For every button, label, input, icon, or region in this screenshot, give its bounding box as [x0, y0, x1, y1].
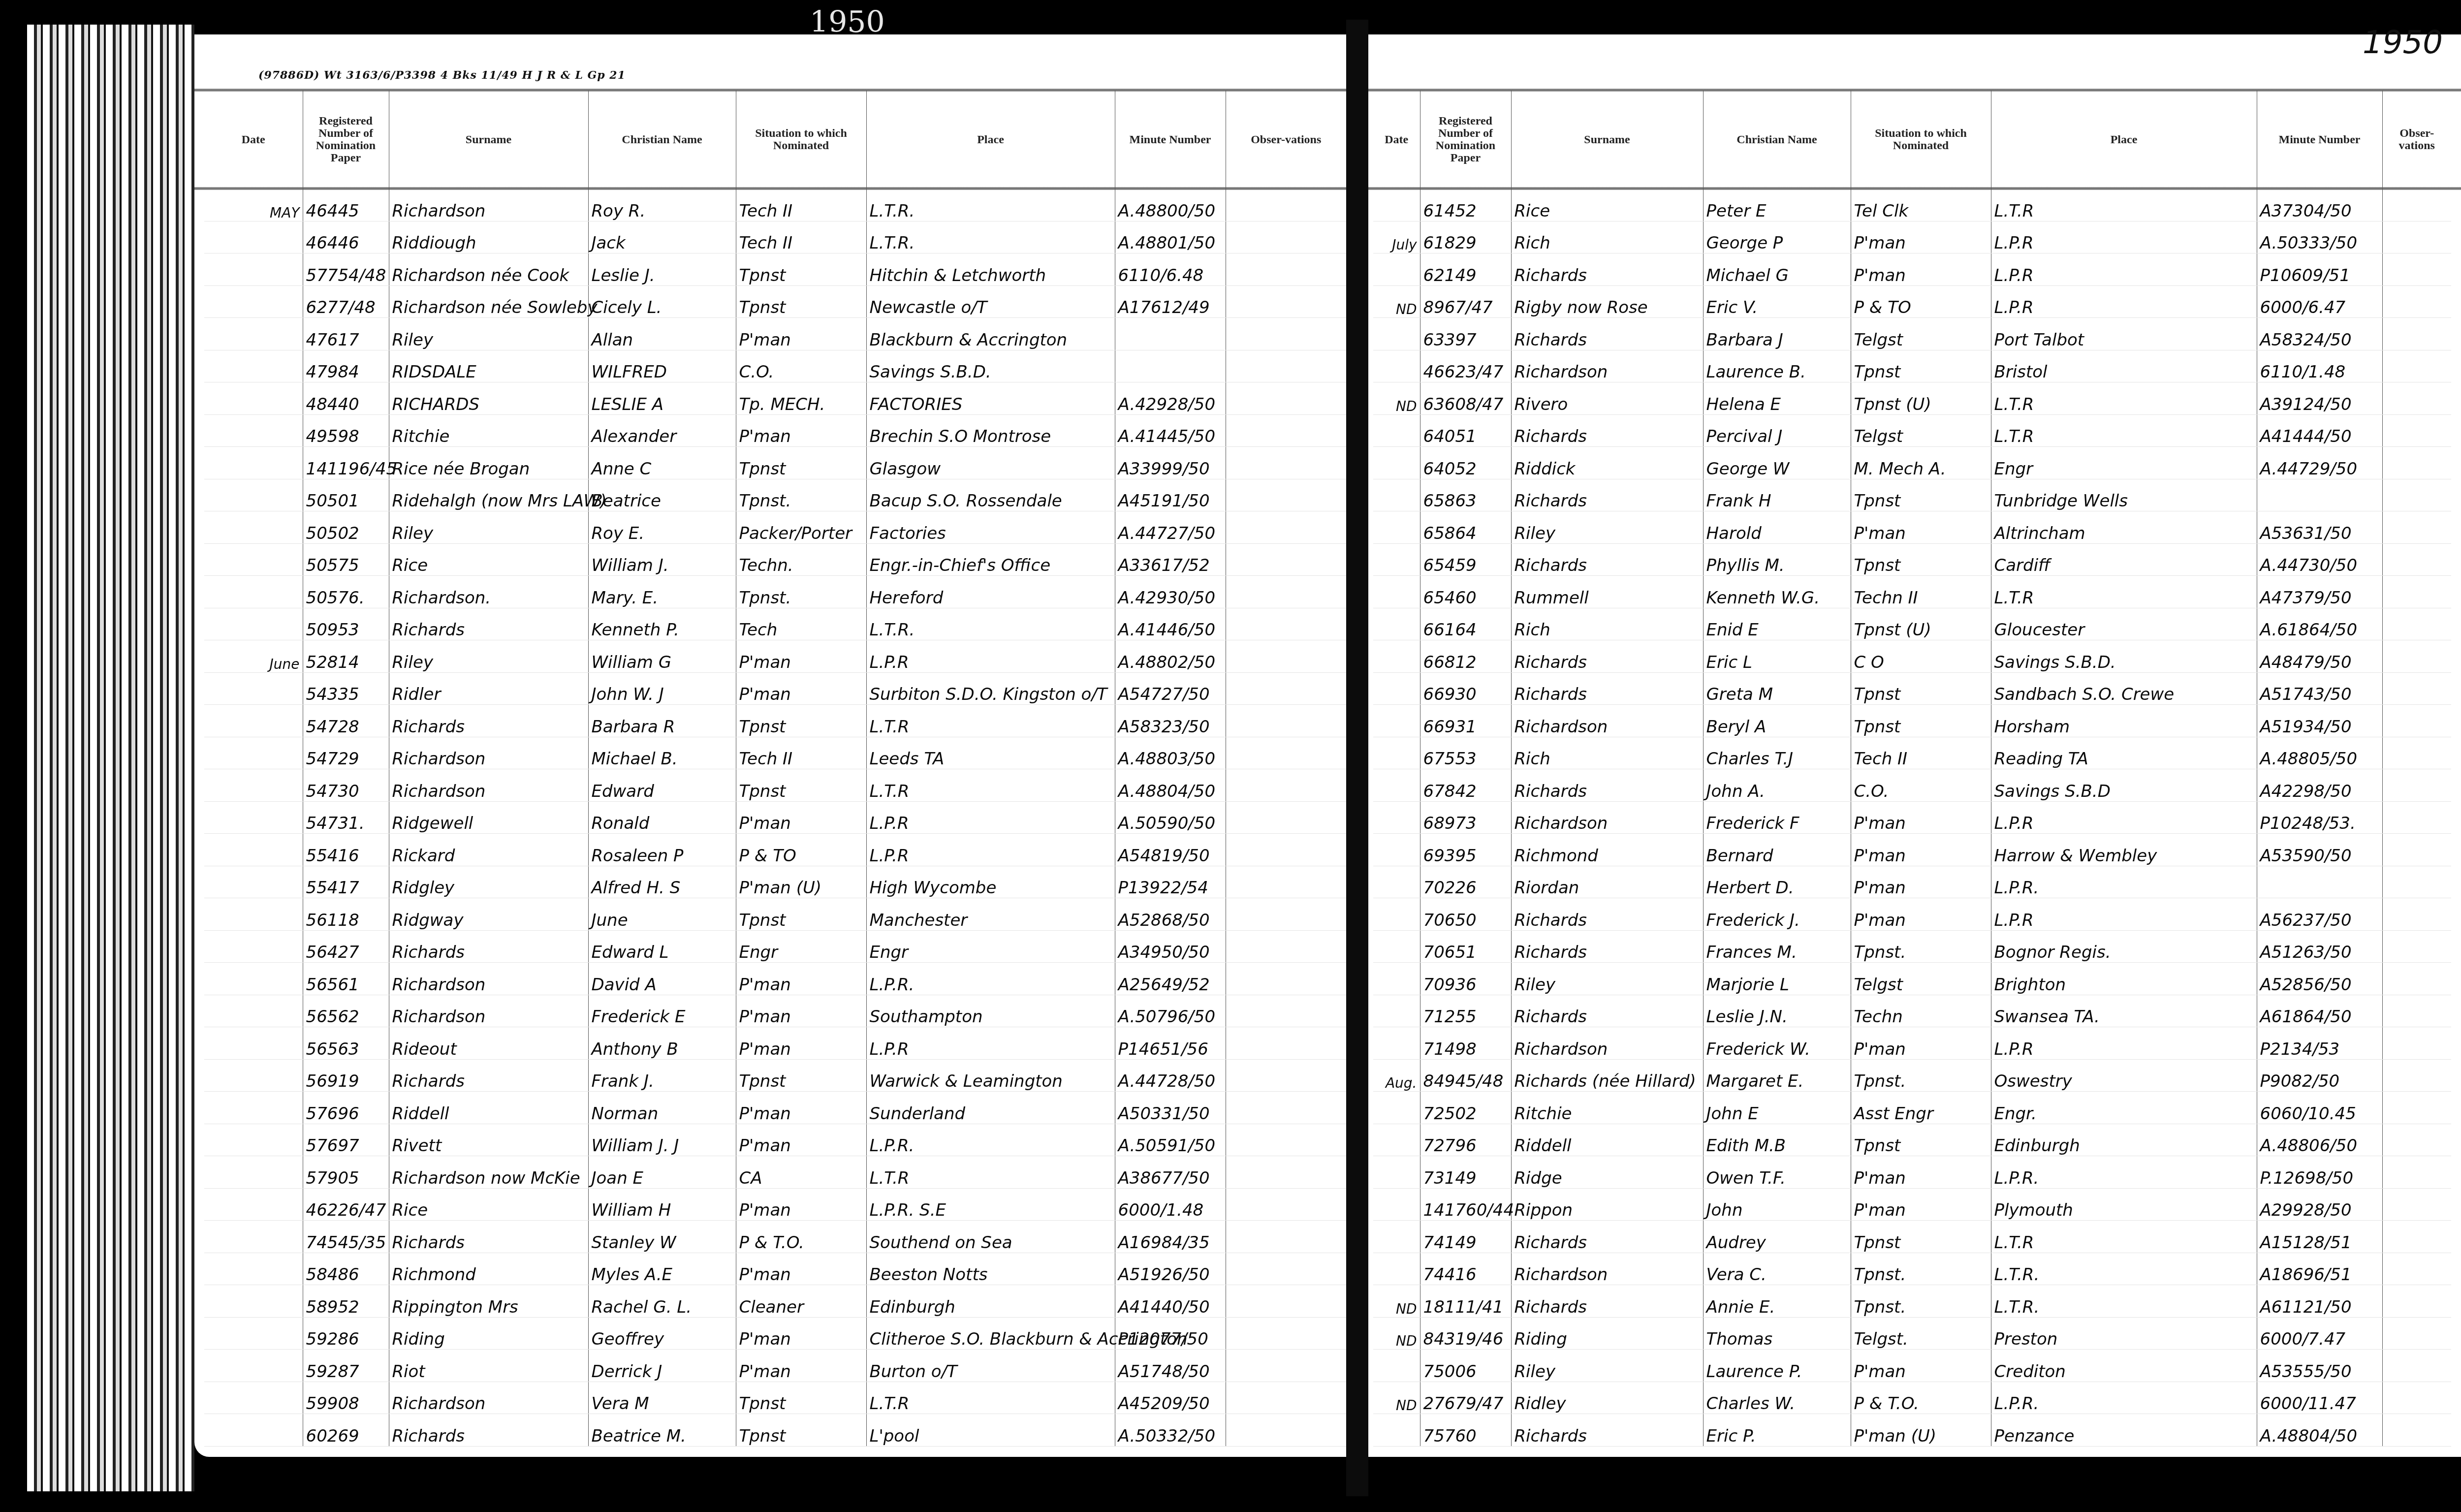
reg-number-cell: 65460	[1420, 576, 1511, 608]
reg-number-cell: 65863	[1420, 479, 1511, 511]
christian-name-cell: Joan E	[588, 1156, 736, 1189]
place-cell: Savings S.B.D.	[866, 350, 1115, 382]
date-cell	[1373, 995, 1420, 1027]
surname-cell: Richardson.	[389, 576, 588, 608]
place-cell: L.P.R. S.E	[866, 1188, 1115, 1221]
table-row: 59908RichardsonVera MTpnstL.T.RA45209/50	[204, 1382, 1346, 1414]
minute-number-cell: A48479/50	[2257, 640, 2382, 673]
surname-cell: Rummell	[1511, 576, 1703, 608]
place-cell: L.T.R.	[866, 608, 1115, 640]
date-cell	[1373, 608, 1420, 640]
observations-cell	[2382, 318, 2451, 350]
observations-cell	[2382, 1156, 2451, 1189]
minute-number-cell: A33999/50	[1115, 447, 1226, 479]
date-cell	[204, 1317, 303, 1350]
table-row: 72796RiddellEdith M.BTpnstEdinburghA.488…	[1373, 1124, 2451, 1156]
situation-cell: Tpnst (U)	[1851, 608, 1991, 640]
minute-number-cell: A53590/50	[2257, 834, 2382, 866]
christian-name-cell: Frederick W.	[1703, 1027, 1851, 1060]
christian-name-cell: Frank J.	[588, 1059, 736, 1092]
reg-number-cell: 66930	[1420, 672, 1511, 705]
surname-cell: Riley	[389, 318, 588, 350]
minute-number-cell: A25649/52	[1115, 963, 1226, 995]
situation-cell: Cleaner	[736, 1285, 866, 1318]
date-cell	[204, 1221, 303, 1253]
place-cell: Bristol	[1991, 350, 2257, 382]
table-row: 55417RidgleyAlfred H. SP'man (U)High Wyc…	[204, 866, 1346, 898]
date-cell	[204, 1059, 303, 1092]
date-cell	[204, 1253, 303, 1285]
christian-name-cell: Margaret E.	[1703, 1059, 1851, 1092]
situation-cell: Tech II	[736, 737, 866, 769]
reg-number-cell: 46445	[303, 189, 389, 221]
place-cell: Edinburgh	[866, 1285, 1115, 1318]
observations-cell	[1226, 1317, 1346, 1350]
minute-number-cell: A.48805/50	[2257, 737, 2382, 769]
table-row: 70651RichardsFrances M.Tpnst.Bognor Regi…	[1373, 930, 2451, 963]
place-cell: Engr.	[1991, 1092, 2257, 1124]
surname-cell: Richardson	[389, 189, 588, 221]
minute-number-cell: A.50591/50	[1115, 1124, 1226, 1156]
place-cell: L.P.R.	[1991, 866, 2257, 898]
table-row: 70226RiordanHerbert D.P'manL.P.R.	[1373, 866, 2451, 898]
situation-cell: Tpnst	[1851, 672, 1991, 705]
observations-cell	[2382, 1027, 2451, 1060]
surname-cell: Richardson	[389, 1382, 588, 1414]
surname-cell: Richardson	[389, 995, 588, 1027]
date-cell	[204, 479, 303, 511]
place-cell: Preston	[1991, 1317, 2257, 1350]
place-cell: L.T.R	[1991, 189, 2257, 221]
surname-cell: Richards	[389, 1059, 588, 1092]
christian-name-cell: John W. J	[588, 672, 736, 705]
reg-number-cell: 59286	[303, 1317, 389, 1350]
place-cell: L.P.R	[866, 801, 1115, 834]
christian-name-cell: Myles A.E	[588, 1253, 736, 1285]
minute-number-cell: A58323/50	[1115, 705, 1226, 737]
table-row: 55416RickardRosaleen PP & TOL.P.RA54819/…	[204, 834, 1346, 866]
situation-cell: Tp. MECH.	[736, 382, 866, 415]
situation-cell: Tpnst	[1851, 705, 1991, 737]
observations-cell	[1226, 382, 1346, 415]
surname-cell: RIDSDALE	[389, 350, 588, 382]
table-row: 75760RichardsEric P.P'man (U)PenzanceA.4…	[1373, 1414, 2451, 1447]
place-cell: Leeds TA	[866, 737, 1115, 769]
reg-number-cell: 63608/47	[1420, 382, 1511, 415]
table-row: 56563RideoutAnthony BP'manL.P.RP14651/56	[204, 1027, 1346, 1060]
table-row: 58952Rippington MrsRachel G. L.CleanerEd…	[204, 1285, 1346, 1318]
observations-cell	[2382, 1382, 2451, 1414]
observations-cell	[1226, 1414, 1346, 1447]
observations-cell	[2382, 1092, 2451, 1124]
christian-name-cell: Eric P.	[1703, 1414, 1851, 1447]
observations-cell	[2382, 414, 2451, 447]
table-row: 57696RiddellNormanP'manSunderlandA50331/…	[204, 1092, 1346, 1124]
observations-cell	[2382, 898, 2451, 931]
date-cell: ND	[1373, 382, 1420, 415]
surname-cell: Rippon	[1511, 1188, 1703, 1221]
christian-name-cell: Vera M	[588, 1382, 736, 1414]
surname-cell: Richmond	[389, 1253, 588, 1285]
date-cell	[204, 221, 303, 253]
minute-number-cell: 6000/6.47	[2257, 285, 2382, 318]
situation-cell: P'man	[736, 640, 866, 673]
christian-name-cell: Ronald	[588, 801, 736, 834]
reg-number-cell: 59287	[303, 1350, 389, 1382]
date-cell	[1373, 1092, 1420, 1124]
reg-number-cell: 70226	[1420, 866, 1511, 898]
table-row: 74149RichardsAudreyTpnstL.T.RA15128/51	[1373, 1221, 2451, 1253]
observations-cell	[1226, 1188, 1346, 1221]
place-cell: Plymouth	[1991, 1188, 2257, 1221]
surname-cell: Rigby now Rose	[1511, 285, 1703, 318]
observations-cell	[1226, 1253, 1346, 1285]
column-header-observations: Obser-vations	[2382, 91, 2451, 189]
christian-name-cell: Beryl A	[1703, 705, 1851, 737]
surname-cell: Ridgley	[389, 866, 588, 898]
observations-cell	[1226, 479, 1346, 511]
date-cell	[1373, 737, 1420, 769]
situation-cell: Tpnst	[736, 705, 866, 737]
table-row: 50953RichardsKenneth P.TechL.T.R.A.41446…	[204, 608, 1346, 640]
christian-name-cell: Beatrice M.	[588, 1414, 736, 1447]
situation-cell: P'man	[1851, 834, 1991, 866]
christian-name-cell: Vera C.	[1703, 1253, 1851, 1285]
observations-cell	[2382, 221, 2451, 253]
minute-number-cell: A51743/50	[2257, 672, 2382, 705]
book-page-edges-left	[27, 25, 194, 1491]
minute-number-cell	[2257, 479, 2382, 511]
table-row: 57697RivettWilliam J. JP'manL.P.R.A.5059…	[204, 1124, 1346, 1156]
table-row: 49598RitchieAlexanderP'manBrechin S.O Mo…	[204, 414, 1346, 447]
table-row: 70936RileyMarjorie LTelgstBrightonA52856…	[1373, 963, 2451, 995]
place-cell: Surbiton S.D.O. Kingston o/T	[866, 672, 1115, 705]
surname-cell: Rippington Mrs	[389, 1285, 588, 1318]
place-cell: Horsham	[1991, 705, 2257, 737]
reg-number-cell: 18111/41	[1420, 1285, 1511, 1318]
minute-number-cell: A.41445/50	[1115, 414, 1226, 447]
surname-cell: Rice née Brogan	[389, 447, 588, 479]
table-row: 64051RichardsPercival JTelgstL.T.RA41444…	[1373, 414, 2451, 447]
reg-number-cell: 57697	[303, 1124, 389, 1156]
place-cell: Blackburn & Accrington	[866, 318, 1115, 350]
printer-imprint: (97886D) Wt 3163/6/P3398 4 Bks 11/49 H J…	[258, 69, 626, 82]
surname-cell: Rivero	[1511, 382, 1703, 415]
situation-cell: P'man	[1851, 511, 1991, 544]
date-cell	[1373, 350, 1420, 382]
table-row: 66812RichardsEric LC OSavings S.B.D.A484…	[1373, 640, 2451, 673]
reg-number-cell: 54729	[303, 737, 389, 769]
column-header-christian-name: Christian Name	[1703, 91, 1851, 189]
minute-number-cell: 6000/1.48	[1115, 1188, 1226, 1221]
minute-number-cell: 6000/11.47	[2257, 1382, 2382, 1414]
christian-name-cell: Frank H	[1703, 479, 1851, 511]
date-cell	[204, 1156, 303, 1189]
christian-name-cell: Frederick J.	[1703, 898, 1851, 931]
table-row: 59286RidingGeoffreyP'manClitheroe S.O. B…	[204, 1317, 1346, 1350]
place-cell: Engr	[866, 930, 1115, 963]
surname-cell: Riley	[1511, 511, 1703, 544]
christian-name-cell: William J. J	[588, 1124, 736, 1156]
situation-cell: P'man	[1851, 898, 1991, 931]
surname-cell: Riddick	[1511, 447, 1703, 479]
situation-cell: Tpnst	[1851, 350, 1991, 382]
date-cell	[204, 1350, 303, 1382]
observations-cell	[1226, 543, 1346, 576]
date-cell	[1373, 866, 1420, 898]
table-row: 57754/48Richardson née CookLeslie J.Tpns…	[204, 253, 1346, 286]
situation-cell: C.O.	[1851, 769, 1991, 802]
column-header-place: Place	[1991, 91, 2257, 189]
table-row: 54729RichardsonMichael B.Tech IILeeds TA…	[204, 737, 1346, 769]
observations-cell	[1226, 898, 1346, 931]
surname-cell: Ridley	[1511, 1382, 1703, 1414]
minute-number-cell: A.50333/50	[2257, 221, 2382, 253]
christian-name-cell: Leslie J.	[588, 253, 736, 286]
minute-number-cell: A17612/49	[1115, 285, 1226, 318]
observations-cell	[2382, 866, 2451, 898]
date-cell	[1373, 930, 1420, 963]
table-row: 141196/45Rice née BroganAnne CTpnstGlasg…	[204, 447, 1346, 479]
minute-number-cell	[2257, 866, 2382, 898]
table-row: 56562RichardsonFrederick EP'manSouthampt…	[204, 995, 1346, 1027]
minute-number-cell: A.48803/50	[1115, 737, 1226, 769]
table-row: 59287RiotDerrick JP'manBurton o/TA51748/…	[204, 1350, 1346, 1382]
christian-name-cell: John A.	[1703, 769, 1851, 802]
surname-cell: Richardson née Sowleby	[389, 285, 588, 318]
minute-number-cell: A51926/50	[1115, 1253, 1226, 1285]
reg-number-cell: 73149	[1420, 1156, 1511, 1189]
date-cell	[204, 1124, 303, 1156]
observations-cell	[2382, 285, 2451, 318]
situation-cell: Tpnst	[736, 285, 866, 318]
christian-name-cell: Enid E	[1703, 608, 1851, 640]
place-cell: L.P.R	[1991, 801, 2257, 834]
situation-cell: Tech II	[736, 189, 866, 221]
christian-name-cell: Harold	[1703, 511, 1851, 544]
reg-number-cell: 55417	[303, 866, 389, 898]
place-cell: L.P.R	[1991, 1027, 2257, 1060]
surname-cell: Ridler	[389, 672, 588, 705]
minute-number-cell: A33617/52	[1115, 543, 1226, 576]
reg-number-cell: 74545/35	[303, 1221, 389, 1253]
surname-cell: Richards	[1511, 1414, 1703, 1447]
place-cell: Engr.-in-Chief's Office	[866, 543, 1115, 576]
situation-cell: Tpnst	[1851, 1124, 1991, 1156]
christian-name-cell: Annie E.	[1703, 1285, 1851, 1318]
surname-cell: Richards	[1511, 1221, 1703, 1253]
minute-number-cell: A47379/50	[2257, 576, 2382, 608]
observations-cell	[2382, 705, 2451, 737]
table-row: MAY46445RichardsonRoy R.Tech IIL.T.R.A.4…	[204, 189, 1346, 221]
christian-name-cell: Phyllis M.	[1703, 543, 1851, 576]
column-header-minute-number: Minute Number	[2257, 91, 2382, 189]
table-row: 56919RichardsFrank J.TpnstWarwick & Leam…	[204, 1059, 1346, 1092]
table-row: 56118RidgwayJuneTpnstManchesterA52868/50	[204, 898, 1346, 931]
observations-cell	[1226, 1059, 1346, 1092]
situation-cell: P'man (U)	[736, 866, 866, 898]
situation-cell: Tpnst (U)	[1851, 382, 1991, 415]
nominations-table-right: DateRegistered Number of Nomination Pape…	[1373, 91, 2451, 1447]
christian-name-cell: Thomas	[1703, 1317, 1851, 1350]
reg-number-cell: 74416	[1420, 1253, 1511, 1285]
reg-number-cell: 57754/48	[303, 253, 389, 286]
table-row: 66931RichardsonBeryl ATpnstHorshamA51934…	[1373, 705, 2451, 737]
observations-cell	[2382, 769, 2451, 802]
reg-number-cell: 74149	[1420, 1221, 1511, 1253]
surname-cell: Richmond	[1511, 834, 1703, 866]
observations-cell	[1226, 672, 1346, 705]
date-cell: Aug.	[1373, 1059, 1420, 1092]
minute-number-cell: A54819/50	[1115, 834, 1226, 866]
place-cell: Southend on Sea	[866, 1221, 1115, 1253]
observations-cell	[1226, 930, 1346, 963]
surname-cell: Ridge	[1511, 1156, 1703, 1189]
place-cell: Bacup S.O. Rossendale	[866, 479, 1115, 511]
place-cell: L.P.R	[866, 640, 1115, 673]
situation-cell: P'man	[1851, 221, 1991, 253]
table-row: 141760/44RipponJohnP'manPlymouthA29928/5…	[1373, 1188, 2451, 1221]
table-row: 65460RummellKenneth W.G.Techn IIL.T.RA47…	[1373, 576, 2451, 608]
minute-number-cell: A.42928/50	[1115, 382, 1226, 415]
reg-number-cell: 6277/48	[303, 285, 389, 318]
table-row: 54731.RidgewellRonaldP'manL.P.RA.50590/5…	[204, 801, 1346, 834]
observations-cell	[2382, 350, 2451, 382]
reg-number-cell: 56561	[303, 963, 389, 995]
date-cell	[1373, 1124, 1420, 1156]
christian-name-cell: Michael B.	[588, 737, 736, 769]
date-cell	[204, 1027, 303, 1060]
table-row: 71498RichardsonFrederick W.P'manL.P.RP21…	[1373, 1027, 2451, 1060]
place-cell: Swansea TA.	[1991, 995, 2257, 1027]
table-row: 50502RileyRoy E.Packer/PorterFactoriesA.…	[204, 511, 1346, 544]
column-header-reg-number: Registered Number of Nomination Paper	[1420, 91, 1511, 189]
observations-cell	[2382, 1253, 2451, 1285]
place-cell: L.T.R	[1991, 382, 2257, 415]
table-row: 66930RichardsGreta MTpnstSandbach S.O. C…	[1373, 672, 2451, 705]
christian-name-cell: Stanley W	[588, 1221, 736, 1253]
observations-cell	[1226, 1027, 1346, 1060]
date-cell	[1373, 1156, 1420, 1189]
surname-cell: Richards	[389, 1221, 588, 1253]
christian-name-cell: Cicely L.	[588, 285, 736, 318]
christian-name-cell: Charles W.	[1703, 1382, 1851, 1414]
observations-cell	[1226, 866, 1346, 898]
situation-cell: P'man	[736, 414, 866, 447]
reg-number-cell: 75006	[1420, 1350, 1511, 1382]
situation-cell: P'man	[1851, 866, 1991, 898]
observations-cell	[2382, 834, 2451, 866]
date-cell	[1373, 1253, 1420, 1285]
minute-number-cell: A38677/50	[1115, 1156, 1226, 1189]
christian-name-cell: Laurence B.	[1703, 350, 1851, 382]
minute-number-cell: A18696/51	[2257, 1253, 2382, 1285]
table-row: 54730RichardsonEdwardTpnstL.T.RA.48804/5…	[204, 769, 1346, 802]
situation-cell: P'man	[736, 995, 866, 1027]
place-cell: L.T.R.	[1991, 1285, 2257, 1318]
place-cell: Clitheroe S.O. Blackburn & Accrington	[866, 1317, 1115, 1350]
reg-number-cell: 46623/47	[1420, 350, 1511, 382]
situation-cell: P'man	[736, 1124, 866, 1156]
christian-name-cell: Mary. E.	[588, 576, 736, 608]
place-cell: Factories	[866, 511, 1115, 544]
observations-cell	[2382, 672, 2451, 705]
surname-cell: Richards	[1511, 253, 1703, 286]
christian-name-cell: LESLIE A	[588, 382, 736, 415]
date-cell	[1373, 963, 1420, 995]
date-cell	[1373, 1027, 1420, 1060]
situation-cell: Telgst	[1851, 318, 1991, 350]
place-cell: Gloucester	[1991, 608, 2257, 640]
situation-cell: CA	[736, 1156, 866, 1189]
place-cell: L.P.R	[1991, 285, 2257, 318]
situation-cell: Tpnst.	[1851, 1253, 1991, 1285]
minute-number-cell: A29928/50	[2257, 1188, 2382, 1221]
reg-number-cell: 66164	[1420, 608, 1511, 640]
reg-number-cell: 72502	[1420, 1092, 1511, 1124]
date-cell: ND	[1373, 1285, 1420, 1318]
surname-cell: Richards	[1511, 414, 1703, 447]
reg-number-cell: 8967/47	[1420, 285, 1511, 318]
minute-number-cell	[1115, 318, 1226, 350]
reg-number-cell: 66812	[1420, 640, 1511, 673]
date-cell	[204, 801, 303, 834]
table-row: 64052RiddickGeorge WM. Mech A.EngrA.4472…	[1373, 447, 2451, 479]
situation-cell: P'man (U)	[1851, 1414, 1991, 1447]
place-cell: High Wycombe	[866, 866, 1115, 898]
observations-cell	[1226, 963, 1346, 995]
christian-name-cell: Laurence P.	[1703, 1350, 1851, 1382]
minute-number-cell: A41440/50	[1115, 1285, 1226, 1318]
observations-cell	[2382, 930, 2451, 963]
minute-number-cell: A34950/50	[1115, 930, 1226, 963]
table-row: 66164RichEnid ETpnst (U)GloucesterA.6186…	[1373, 608, 2451, 640]
date-cell: June	[204, 640, 303, 673]
place-cell: L.T.R.	[1991, 1253, 2257, 1285]
table-row: 57905Richardson now McKieJoan ECAL.T.RA3…	[204, 1156, 1346, 1189]
place-cell: Oswestry	[1991, 1059, 2257, 1092]
date-cell	[204, 608, 303, 640]
reg-number-cell: 65864	[1420, 511, 1511, 544]
date-cell	[204, 318, 303, 350]
date-cell	[1373, 189, 1420, 221]
observations-cell	[2382, 640, 2451, 673]
table-row: July61829RichGeorge PP'manL.P.RA.50333/5…	[1373, 221, 2451, 253]
date-cell	[1373, 705, 1420, 737]
christian-name-cell: Alfred H. S	[588, 866, 736, 898]
table-row: 68973RichardsonFrederick FP'manL.P.RP102…	[1373, 801, 2451, 834]
minute-number-cell: A39124/50	[2257, 382, 2382, 415]
date-cell	[1373, 672, 1420, 705]
column-header-christian-name: Christian Name	[588, 91, 736, 189]
minute-number-cell: A53555/50	[2257, 1350, 2382, 1382]
christian-name-cell: Greta M	[1703, 672, 1851, 705]
surname-cell: Richards	[389, 608, 588, 640]
reg-number-cell: 27679/47	[1420, 1382, 1511, 1414]
table-row: 62149RichardsMichael GP'manL.P.RP10609/5…	[1373, 253, 2451, 286]
observations-cell	[1226, 608, 1346, 640]
place-cell: L.P.R.	[866, 1124, 1115, 1156]
place-cell: Hitchin & Letchworth	[866, 253, 1115, 286]
situation-cell: Tpnst	[736, 253, 866, 286]
surname-cell: Riding	[389, 1317, 588, 1350]
observations-cell	[1226, 1156, 1346, 1189]
place-cell: Sandbach S.O. Crewe	[1991, 672, 2257, 705]
date-cell	[204, 511, 303, 544]
place-cell: Brighton	[1991, 963, 2257, 995]
minute-number-cell: A61864/50	[2257, 995, 2382, 1027]
ledger-page-right: 1950 DateRegistered Number of Nomination…	[1368, 34, 2461, 1457]
